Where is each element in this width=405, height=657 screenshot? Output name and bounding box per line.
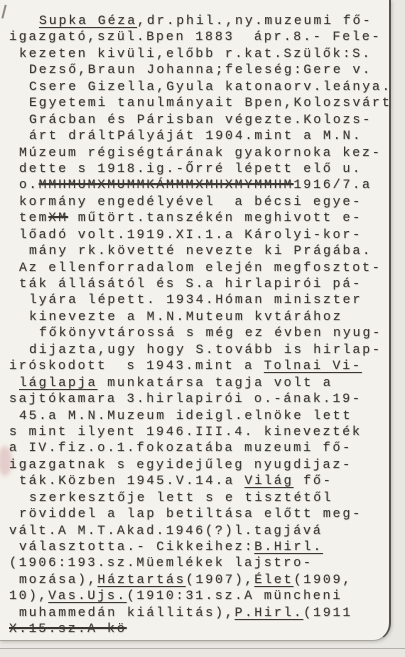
underlined-text: P.Hirl. <box>235 605 304 620</box>
underlined-text: Tolnai Vi- <box>264 358 362 373</box>
typewritten-line: lőadó volt.1919.XI.1.a Károlyi-kor- <box>9 227 389 243</box>
text-segment: dijazta,ugy hogy S.tovább is hirlap- <box>29 342 382 357</box>
typewritten-line: Supka Géza,dr.phil.,ny.muzeumi fő- <box>9 13 389 29</box>
typewritten-line: s mint ilyent 1946.III.4. kinevezték <box>9 424 389 440</box>
text-segment: választotta.- Cikkeihez: <box>19 539 254 554</box>
text-segment: ták.Közben 1945.V.14.a <box>19 473 244 488</box>
typewritten-line: kormány engedélyével a bécsi egye- <box>9 194 389 210</box>
text-segment: a IV.fiz.o.1.fokozatába muzeumi fő- <box>9 440 352 455</box>
typewritten-line: 10),Vas.Ujs.(1910:31.sz.A müncheni <box>9 588 389 604</box>
typewritten-line: Csere Gizella,Gyula katonaorv.leánya. <box>9 79 389 95</box>
typewritten-line: ták állásától és S.a hirlapirói pá- <box>9 276 389 292</box>
text-segment: lőadó volt.1919.XI.1.a Károlyi-kor- <box>19 227 362 242</box>
text-segment: Grácban és Párisban végezte.Kolozs- <box>29 112 372 127</box>
text-segment: Egyetemi tanulmányait Bpen,Kolozsvárt <box>29 95 392 110</box>
typewritten-line: szerkesztője lett s e tisztétől <box>9 490 389 506</box>
typewritten-line: a IV.fiz.o.1.fokozatába muzeumi fő- <box>9 440 389 456</box>
text-segment: munkatársa tagja volt a <box>97 375 332 390</box>
text-segment: vált.A M.T.Akad.1946(?)l.tagjává <box>9 523 323 538</box>
underlined-text: Világ <box>244 473 293 488</box>
text-segment: (1910:31.sz.A müncheni <box>127 588 343 603</box>
typewritten-line: 45.a M.N.Muzeum ideigl.elnöke lett <box>9 408 389 424</box>
text-segment: 45.a M.N.Muzeum ideigl.elnöke lett <box>19 408 352 423</box>
typewritten-line: ták.Közben 1945.V.14.a Világ fő- <box>9 473 389 489</box>
typewritten-line: igazgatnak s egyidejűleg nyugdijaz- <box>9 457 389 473</box>
index-card: Supka Géza,dr.phil.,ny.muzeumi fő-igazga… <box>0 0 391 641</box>
typewritten-line: dijazta,ugy hogy S.tovább is hirlap- <box>9 342 389 358</box>
typewritten-line: muhammedán kiállitás),P.Hirl.(1911 <box>9 605 389 621</box>
text-segment: Csere Gizella,Gyula katonaorv.leánya. <box>29 79 392 94</box>
text-segment: mány rk.követté nevezte ki Prágába. <box>29 243 372 258</box>
underlined-text: Háztartás <box>97 572 185 587</box>
typewritten-line: temXM műtört.tanszékén meghivott e- <box>9 210 389 226</box>
text-segment: (1907), <box>186 572 255 587</box>
typewritten-line: Egyetemi tanulmányait Bpen,Kolozsvárt <box>9 95 389 111</box>
typewritten-line: mozása),Háztartás(1907),Élet(1909, <box>9 572 389 588</box>
typewritten-line: (1906:193.sz.Müemlékek lajstro- <box>9 555 389 571</box>
text-segment: műtört.tanszékén meghivott e- <box>68 210 362 225</box>
text-segment: kinevezte a M.N.Muteum kvtárához <box>29 309 343 324</box>
text-segment: dette s 1918.ig.-Őrré lépett elő u. <box>19 161 362 176</box>
text-segment: ták állásától és S.a hirlapirói pá- <box>19 276 362 291</box>
struck-text: X.15.sz.A kö <box>9 621 127 636</box>
underlined-text: Vas.Ujs. <box>48 588 126 603</box>
text-segment: (1909, <box>293 572 352 587</box>
typewritten-line: láglapja munkatársa tagja volt a <box>9 375 389 391</box>
typewritten-line: Dezső,Braun Johanna;feleség:Gere v. <box>9 62 389 78</box>
underlined-text: Supka Géza <box>39 13 137 28</box>
typewritten-line: kinevezte a M.N.Muteum kvtárához <box>9 309 389 325</box>
text-segment: igazgató,szül.Bpen 1883 ápr.8.- Fele- <box>9 29 381 44</box>
typewritten-line: kezeten kivüli,előbb r.kat.Szülők:S. <box>9 46 389 62</box>
typewritten-line: vált.A M.T.Akad.1946(?)l.tagjává <box>9 523 389 539</box>
typewritten-line: iróskodott s 1943.mint a Tolnai Vi- <box>9 358 389 374</box>
text-segment: 10), <box>9 588 48 603</box>
typewritten-line: Az ellenforradalom elején megfosztot- <box>9 260 389 276</box>
typewritten-line: sajtókamara 3.hirlapirói o.-ának.19- <box>9 391 389 407</box>
text-segment: kormány engedélyével a bécsi egye- <box>19 194 362 209</box>
typewritten-line: igazgató,szül.Bpen 1883 ápr.8.- Fele- <box>9 29 389 45</box>
text-segment: Az ellenforradalom elején megfosztot- <box>19 260 382 275</box>
text-segment: tem <box>19 210 48 225</box>
typewritten-line: főkönyvtárossá s még ez évben nyug- <box>9 325 389 341</box>
typewritten-line: lyára lépett. 1934.Hóman miniszter <box>9 292 389 308</box>
text-segment: o. <box>19 177 39 192</box>
text-segment: (1906:193.sz.Müemlékek lajstro- <box>9 555 313 570</box>
typewritten-line: X.15.sz.A kö <box>9 621 389 637</box>
typewritten-line: választotta.- Cikkeihez:B.Hirl. <box>9 539 389 555</box>
text-segment: fő- <box>293 473 332 488</box>
text-segment: árt dráltPályáját 1904.mint a M.N. <box>29 128 362 143</box>
text-segment: lyára lépett. 1934.Hóman miniszter <box>29 292 362 307</box>
text-segment: Dezső,Braun Johanna;feleség:Gere v. <box>29 62 372 77</box>
text-segment: főkönyvtárossá s még ez évben nyug- <box>39 325 382 340</box>
typewritten-text: Supka Géza,dr.phil.,ny.muzeumi fő-igazga… <box>9 13 389 638</box>
typewritten-line: mány rk.követté nevezte ki Prágába. <box>9 243 389 259</box>
underlined-text: B.Hirl. <box>254 539 323 554</box>
text-segment: mozása), <box>19 572 97 587</box>
typewritten-line: Múzeum régiségtárának gyakornoka kez- <box>9 145 389 161</box>
typewritten-line: Grácban és Párisban végezte.Kolozs- <box>9 112 389 128</box>
text-segment: s mint ilyent 1946.III.4. kinevezték <box>9 424 362 439</box>
underlined-text: Élet <box>254 572 293 587</box>
struck-text: MMHMUMXMUMMKÁMMMXMHXMYMMHM <box>39 177 294 192</box>
text-segment: 1916/7.a <box>293 177 371 192</box>
text-segment: sajtókamara 3.hirlapirói o.-ának.19- <box>9 391 362 406</box>
text-segment: muhammedán kiállitás), <box>19 605 235 620</box>
text-segment: kezeten kivüli,előbb r.kat.Szülők:S. <box>19 46 372 61</box>
text-segment: igazgatnak s egyidejűleg nyugdijaz- <box>9 457 352 472</box>
struck-text: XM <box>48 210 68 225</box>
text-segment: szerkesztője lett s e tisztétől <box>29 490 333 505</box>
text-segment: ,dr.phil.,ny.muzeumi fő- <box>137 13 372 28</box>
text-segment: Múzeum régiségtárának gyakornoka kez- <box>19 145 382 160</box>
text-segment: (1911 <box>303 605 352 620</box>
text-segment: röviddel a lap betiltása előtt meg- <box>19 506 362 521</box>
underlined-text: láglapja <box>19 375 97 390</box>
typewritten-line: árt dráltPályáját 1904.mint a M.N. <box>9 128 389 144</box>
typewritten-line: röviddel a lap betiltása előtt meg- <box>9 506 389 522</box>
text-segment: iróskodott s 1943.mint a <box>9 358 264 373</box>
scan-bottom-line <box>0 648 405 649</box>
typewritten-line: o.MMHMUMXMUMMKÁMMMXMHXMYMMHM1916/7.a <box>9 177 389 193</box>
typewritten-line: dette s 1918.ig.-Őrré lépett elő u. <box>9 161 389 177</box>
